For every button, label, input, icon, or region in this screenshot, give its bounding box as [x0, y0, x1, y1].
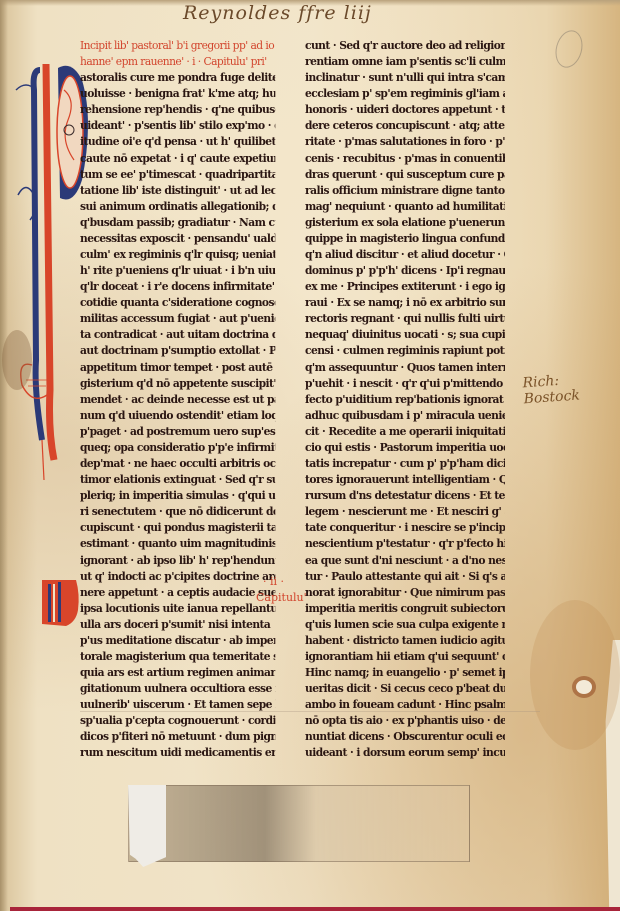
text-line: quippe in magisterio lingua confunditur [305, 230, 505, 246]
text-line: cit · Recedite a me operarii iniquitatis… [305, 423, 505, 439]
red-backing-strip [10, 907, 620, 911]
text-line: ulla ars doceri p'sumit' nisi intenta [80, 616, 275, 632]
text-line: legem · nescierunt me · Et nesciri g' a … [305, 503, 505, 519]
text-line: q'busdam passib; gradiatur · Nam cu' rer… [80, 214, 275, 230]
text-line: tatis increpatur · cum p' p'p'ham dicit … [305, 455, 505, 471]
text-line: militas accessum fugiat · aut p'ueniente… [80, 310, 275, 326]
text-line: honoris · uideri doctores appetunt · tra… [305, 101, 505, 117]
text-line: adhuc quibusdam i p' miracula uenientib'… [305, 407, 505, 423]
text-line: rursum d'ns detestatur dicens · Et tenen… [305, 487, 505, 503]
text-line: necessitas exposcit · pensandu' ualde ē … [80, 230, 275, 246]
text-line: inclinatur · sunt n'ulli qui intra s'cam [305, 69, 505, 85]
text-line: q'uis lumen scie sua culpa exigente nō [305, 616, 505, 632]
chapter-label-rubric: Capitulu' [256, 591, 307, 604]
paper-repair-patch [128, 785, 166, 867]
text-line: tum se ee' p'timescat · quadripartita u'… [80, 166, 275, 182]
text-line: ignorantiam hii etiam q'ui sequunt' offe… [305, 648, 505, 664]
text-line: ritate · p'mas salutationes in foro · p'… [305, 133, 505, 149]
text-line: rehensione rep'hendis · q'ne quibusdam l… [80, 101, 275, 117]
text-line: uulnerib' uiscerum · Et tamen sepe hii q… [80, 696, 275, 712]
text-line: itudine oi'e q'd pensa · ut h' quilibet … [80, 133, 275, 149]
text-line: aut doctrinam p'sumptio extollat · Prius… [80, 342, 275, 358]
text-line: cio qui estis · Pastorum imperitia uoce … [305, 439, 505, 455]
text-line: rectoris regnant · qui nullis fulti uirt… [305, 310, 505, 326]
text-line: pleriq; in imperitia simulas · q'qui uim… [80, 487, 275, 503]
text-line: tatione lib' iste distinguit' · ut ad le… [80, 182, 275, 198]
text-line: ecclesiam p' sp'em regiminis gl'iam affe… [305, 85, 505, 101]
text-line: ralis officium ministrare digne tanto [305, 182, 505, 198]
text-line: nō opta tis aio · ex p'phantis uiso · de [305, 712, 505, 728]
text-line: quia ars est artium regimen animarum · Q… [80, 664, 275, 680]
text-line: cunt · Sed q'r auctore deo ad religionis… [305, 37, 505, 53]
text-line: gitationum uulnera occultiora esse nesci… [80, 680, 275, 696]
text-line: sui animum ordinatis allegationib; q'a [80, 198, 275, 214]
text-line: cenis · recubitus · p'mas in conuentib; … [305, 150, 505, 166]
text-line: uideant · i dorsum eorum semp' incurua · [305, 744, 505, 760]
manuscript-page: Reynoldes ffre liij Rich: Bostock Incipi… [0, 0, 620, 911]
text-line: nuntiat dicens · Obscurentur oculi eorum… [305, 728, 505, 744]
text-line: timor elationis extinguat · Sed q'r sunt [80, 471, 275, 487]
text-line: astoralis cure me pondra fuge delitescen… [80, 69, 275, 85]
text-line: caute nō expetat · i q' caute expetiunt … [80, 150, 275, 166]
margin-signature: Rich: Bostock [522, 369, 620, 408]
rubric-line: Incipit lib' pastoral' b'i gregorii pp' … [80, 37, 275, 53]
text-line: habent · districto tamen iudicio agitur … [305, 632, 505, 648]
text-line: tur · Paulo attestante qui ait · Si q's … [305, 568, 505, 584]
text-line: mag' nequiunt · quanto ad humilitatis ma [305, 198, 505, 214]
text-line: censi · culmen regiminis rapiunt potius [305, 342, 505, 358]
text-line: estimant · quanto uim magnitudinis illi' [80, 535, 275, 551]
text-line: p'us meditatione discatur · ab imperitis… [80, 632, 275, 648]
chapter-number-rubric: · ii · [263, 575, 284, 588]
text-line: ri senectutem · que nō didicerunt doce c… [80, 503, 275, 519]
text-line: p'uehit · i nescit · q'r q'ui p'mittendo… [305, 375, 505, 391]
text-line: dicos p'fiteri nō metuunt · dum pigmento… [80, 728, 275, 744]
text-line: uideant' · p'sentis lib' stilo exp'mo · … [80, 117, 275, 133]
ruling-line [80, 711, 540, 712]
header-inscription: Reynoldes ffre liij [183, 2, 372, 24]
text-line: q'm assequuntur · Quos tamen internus iu… [305, 359, 505, 375]
rubric-line: hanne' epm rauenne' · i · Capitulu' pri' [80, 53, 275, 69]
text-line: dere ceteros concupiscunt · atq; attesta… [305, 117, 505, 133]
text-line: gisterium ex sola elatione p'uenerunt · … [305, 214, 505, 230]
foxing-stain [530, 600, 620, 750]
text-line: sp'ualia p'cepta cognouerunt · cordis se… [80, 712, 275, 728]
text-line: q'n aliud discitur · et aliud docetur · … [305, 246, 505, 262]
text-line: nequaq' diuinitus uocati · s; sua cupidi… [305, 326, 505, 342]
text-line: num q'd uiuendo ostendit' etiam loquendo [80, 407, 275, 423]
text-line: gisterium q'd nō appetente suscipit' uit… [80, 375, 275, 391]
text-line: nere appetunt · a ceptis audacie sue uel… [80, 584, 275, 600]
decorated-initial-n-icon [38, 574, 82, 630]
left-text-column: Incipit lib' pastoral' b'i gregorii pp' … [80, 37, 290, 761]
text-line: ignorant · ab ipso lib' h' rep'hendunt e… [80, 552, 275, 568]
text-line: rum nescitum uidi medicamentis erube [80, 744, 275, 760]
text-line: cupiscunt · qui pondus magisterii tanto … [80, 519, 275, 535]
pencil-folio-mark [552, 27, 587, 70]
text-line: dominus p' p'p'h' dicens · Ip'i regnauer… [305, 262, 505, 278]
text-line: tate conqueritur · i nescire se p'incipa… [305, 519, 505, 535]
text-line: ta contradicat · aut uitam doctrina dest… [80, 326, 275, 342]
text-line: cotidie quanta c'sideratione cognoscat ·… [80, 294, 275, 310]
text-line: ut q' indocti ac p'cipites doctrine arce… [80, 568, 275, 584]
text-line: uoluisse · benigna frat' k'me atq; humil… [80, 85, 275, 101]
text-line: h' rite p'ueniens q'lr uiuat · i b'n uiu… [80, 262, 275, 278]
right-text-column: cunt · Sed q'r auctore deo ad religionis… [305, 37, 520, 761]
text-line: fecto p'uiditium rep'bationis ignorat · … [305, 391, 505, 407]
text-line: nescientium p'testatur · q'r p'fecto hii [305, 535, 505, 551]
text-line: tores ignorauerunt intelligentiam · Quos [305, 471, 505, 487]
excised-area-repair [128, 785, 470, 862]
text-line: q'lr doceat · i r'e docens infirmitate' … [80, 278, 275, 294]
text-line: ueritas dicit · Si cecus ceco p'beat duc… [305, 680, 505, 696]
text-line: Hinc namq; in euangelio · p' semet ip'am [305, 664, 505, 680]
text-line: dras querunt · qui susceptum cure pasto [305, 166, 505, 182]
text-line: ea que sunt d'ni nesciunt · a d'no nesci… [305, 552, 505, 568]
binding-edge-shadow [0, 0, 8, 911]
water-stain [2, 330, 32, 390]
text-line: ex me · Principes extiterunt · i ego ign… [305, 278, 505, 294]
text-line: norat ignorabitur · Que nimirum pastorum… [305, 584, 505, 600]
text-line: appetitum timor tempet · post autē ma [80, 359, 275, 375]
text-line: p'paget · ad postremum uero sup'est ut p… [80, 423, 275, 439]
text-line: queq; opa consideratio p'p'e infirmitati… [80, 439, 275, 455]
text-line: mendet · ac deinde necesse est ut pastor… [80, 391, 275, 407]
text-line: ambo in foueam cadunt · Hinc psalmista [305, 696, 505, 712]
text-line: imperitia meritis congruit subiectorum ·… [305, 600, 505, 616]
text-line: dep'mat · ne haec occulti arbitris oculi… [80, 455, 275, 471]
text-line: torale magisterium qua temeritate suscip… [80, 648, 275, 664]
worm-hole [576, 680, 592, 694]
text-line: rentiam omne iam p'sentis sc'li culmen [305, 53, 505, 69]
text-line: ipsa locutionis uite ianua repellantur · [80, 600, 275, 616]
text-line: culm' ex regiminis q'lr quisq; ueniat · … [80, 246, 275, 262]
text-line: raui · Ex se namq; i nō ex arbitrio summ… [305, 294, 505, 310]
